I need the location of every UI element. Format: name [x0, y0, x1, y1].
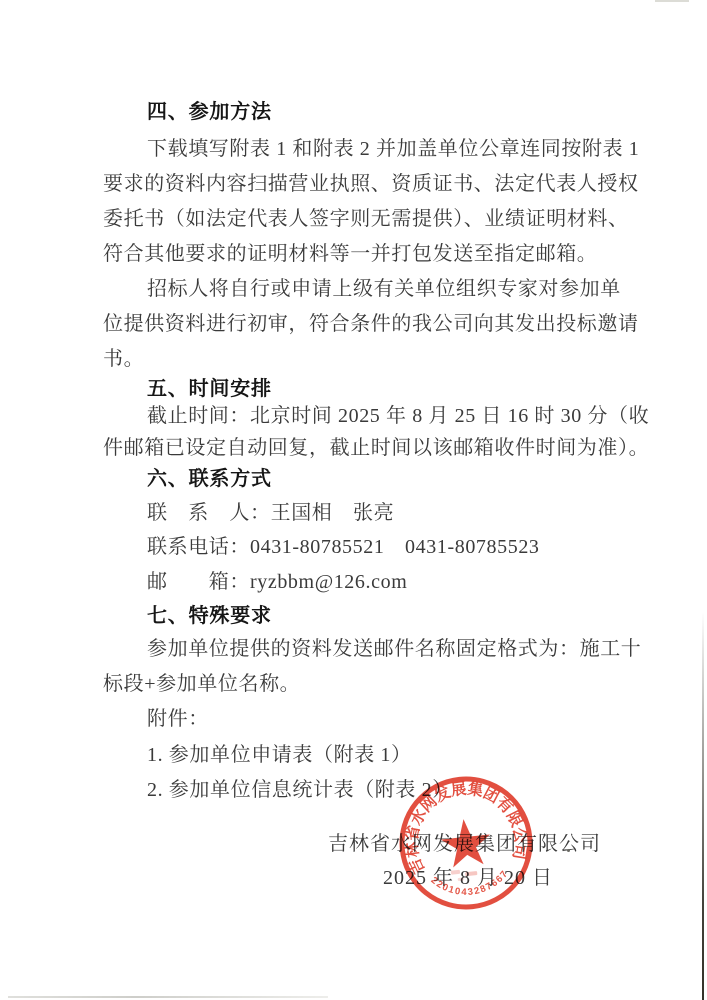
body-line: 件邮箱已设定自动回复，截止时间以该邮箱收件时间为准）。 — [103, 436, 620, 461]
attachment-item: 2. 参加单位信息统计表（附表 2） — [103, 778, 664, 803]
scanned-document-page: 四、参加方法 下载填写附表 1 和附表 2 并加盖单位公章连同按附表 1 要求的… — [0, 0, 707, 1000]
seal-ink-noise — [451, 870, 460, 875]
body-line: 参加单位提供的资料发送邮件名称固定格式为：施工十 — [103, 637, 664, 662]
body-line: 招标人将自行或申请上级有关单位组织专家对参加单 — [103, 277, 664, 302]
company-seal: 吉林省水网发展集团有限公司 2201043287667 — [389, 766, 543, 920]
seal-ink-noise — [458, 877, 464, 881]
scan-artifact-right-edge — [702, 612, 704, 1000]
body-line: 下载填写附表 1 和附表 2 并加盖单位公章连同按附表 1 — [103, 137, 664, 162]
section-heading: 六、联系方式 — [103, 467, 664, 492]
scan-artifact-bottom-smudge — [8, 996, 328, 998]
scan-artifact-speck — [567, 849, 570, 852]
scan-artifact-corner-mark — [655, 0, 689, 2]
contact-phone-line: 联系电话：0431-80785521 0431-80785523 — [103, 535, 664, 560]
contact-person-line: 联 系 人：王国相 张亮 — [103, 501, 664, 526]
body-line: 符合其他要求的证明材料等一并打包发送至指定邮箱。 — [103, 242, 620, 267]
section-heading: 七、特殊要求 — [103, 604, 664, 629]
seal-star-icon — [439, 817, 493, 869]
contact-email-line: 邮 箱：ryzbbm@126.com — [103, 570, 664, 595]
body-line: 标段+参加单位名称。 — [103, 672, 620, 697]
seal-ink-noise — [465, 871, 477, 876]
section-heading: 四、参加方法 — [103, 100, 664, 125]
body-line: 位提供资料进行初审，符合条件的我公司向其发出投标邀请 — [103, 312, 620, 337]
attachments-label: 附件： — [103, 707, 664, 732]
attachment-item: 1. 参加单位申请表（附表 1） — [103, 743, 664, 768]
body-line: 书。 — [103, 347, 620, 372]
section-heading: 五、时间安排 — [103, 377, 664, 402]
body-line: 委托书（如法定代表人签字则无需提供）、业绩证明材料、 — [103, 207, 620, 232]
body-line: 截止时间：北京时间 2025 年 8 月 25 日 16 时 30 分（收 — [103, 404, 664, 429]
body-line: 要求的资料内容扫描营业执照、资质证书、法定代表人授权 — [103, 172, 620, 197]
